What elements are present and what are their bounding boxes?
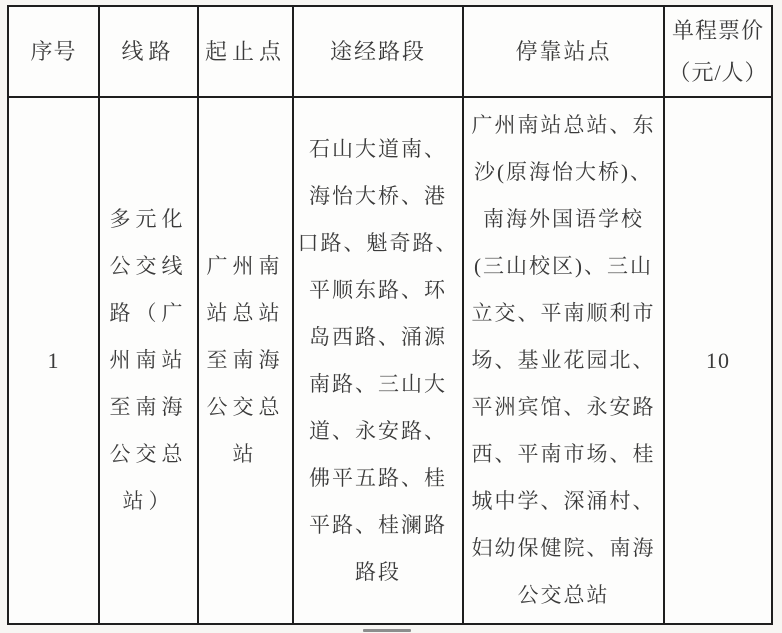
text-line: 站总站 xyxy=(207,290,285,337)
header-cell-stops: 停靠站点 xyxy=(464,7,663,96)
text-line: 路（广 xyxy=(110,290,188,337)
text-line: 停靠站点 xyxy=(515,31,611,73)
text-line: 途经路段 xyxy=(330,31,426,73)
text-line: 立交、平南顺利市 xyxy=(472,290,656,337)
cell-via-sections: 石山大道南、海怡大桥、港口路、魁奇路、平顺东路、环岛西路、涌源南路、三山大道、永… xyxy=(294,98,462,623)
text-line: 线路 xyxy=(121,31,175,73)
fare-value: 10 xyxy=(706,337,730,384)
text-line: 单程票价 xyxy=(672,10,764,52)
text-line: 城中学、深涌村、 xyxy=(472,478,656,525)
sequence-number-value: 1 xyxy=(48,337,60,384)
text-line: 南路、三山大 xyxy=(309,361,447,408)
text-line: 路段 xyxy=(355,549,401,596)
text-line: 岛西路、涌源 xyxy=(309,314,447,361)
header-cell-seq: 序号 xyxy=(9,7,98,96)
text-line: 口路、魁奇路、 xyxy=(298,220,459,267)
header-cell-via-sections: 途经路段 xyxy=(294,7,462,96)
text-line: 多元化 xyxy=(110,196,188,243)
text-line: 至南海 xyxy=(207,337,285,384)
text-line: 公交总站 xyxy=(518,572,610,619)
text-line: 至南海 xyxy=(110,384,188,431)
cell-sequence-number: 1 xyxy=(9,98,98,623)
text-line: 平洲宾馆、永安路 xyxy=(472,384,656,431)
text-line: 场、基业花园北、 xyxy=(472,337,656,384)
bus-route-fare-table: 序号 线路 起止点 途经路段 停靠站点 单程票价（元/人） 1 多元化公交线路（… xyxy=(7,5,773,625)
text-line: 沙(原海怡大桥)、 xyxy=(474,149,653,196)
text-line: 道、永安路、 xyxy=(309,408,447,455)
text-line: 起止点 xyxy=(205,31,286,73)
text-line: 站） xyxy=(123,478,175,525)
header-cell-route: 线路 xyxy=(100,7,197,96)
text-line: 站 xyxy=(233,431,259,478)
text-line: 广州南 xyxy=(207,243,285,290)
text-line: 西、平南市场、桂 xyxy=(472,431,656,478)
cropped-next-row-artifact xyxy=(363,629,411,632)
text-line: 序号 xyxy=(30,31,76,73)
cell-fare: 10 xyxy=(665,98,771,623)
text-line: (三山校区)、三山 xyxy=(474,243,653,290)
cell-endpoints: 广州南站总站至南海公交总站 xyxy=(199,98,292,623)
text-line: 公交线 xyxy=(110,243,188,290)
text-line: 南海外国语学校 xyxy=(483,196,644,243)
header-cell-fare: 单程票价（元/人） xyxy=(665,7,771,96)
text-line: 佛平五路、桂 xyxy=(309,455,447,502)
text-line: 公交总 xyxy=(110,431,188,478)
text-line: 妇幼保健院、南海 xyxy=(472,525,656,572)
text-line: 广州南站总站、东 xyxy=(472,102,656,149)
text-line: 公交总 xyxy=(207,384,285,431)
text-line: 州南站 xyxy=(110,337,188,384)
cell-route-name: 多元化公交线路（广州南站至南海公交总站） xyxy=(100,98,197,623)
text-line: 平顺东路、环 xyxy=(309,267,447,314)
header-cell-endpoints: 起止点 xyxy=(199,7,292,96)
cell-stops: 广州南站总站、东沙(原海怡大桥)、南海外国语学校(三山校区)、三山立交、平南顺利… xyxy=(464,98,663,623)
text-line: 平路、桂澜路 xyxy=(309,502,447,549)
text-line: 石山大道南、 xyxy=(309,126,447,173)
text-line: 海怡大桥、港 xyxy=(309,173,447,220)
text-line: （元/人） xyxy=(668,52,767,94)
